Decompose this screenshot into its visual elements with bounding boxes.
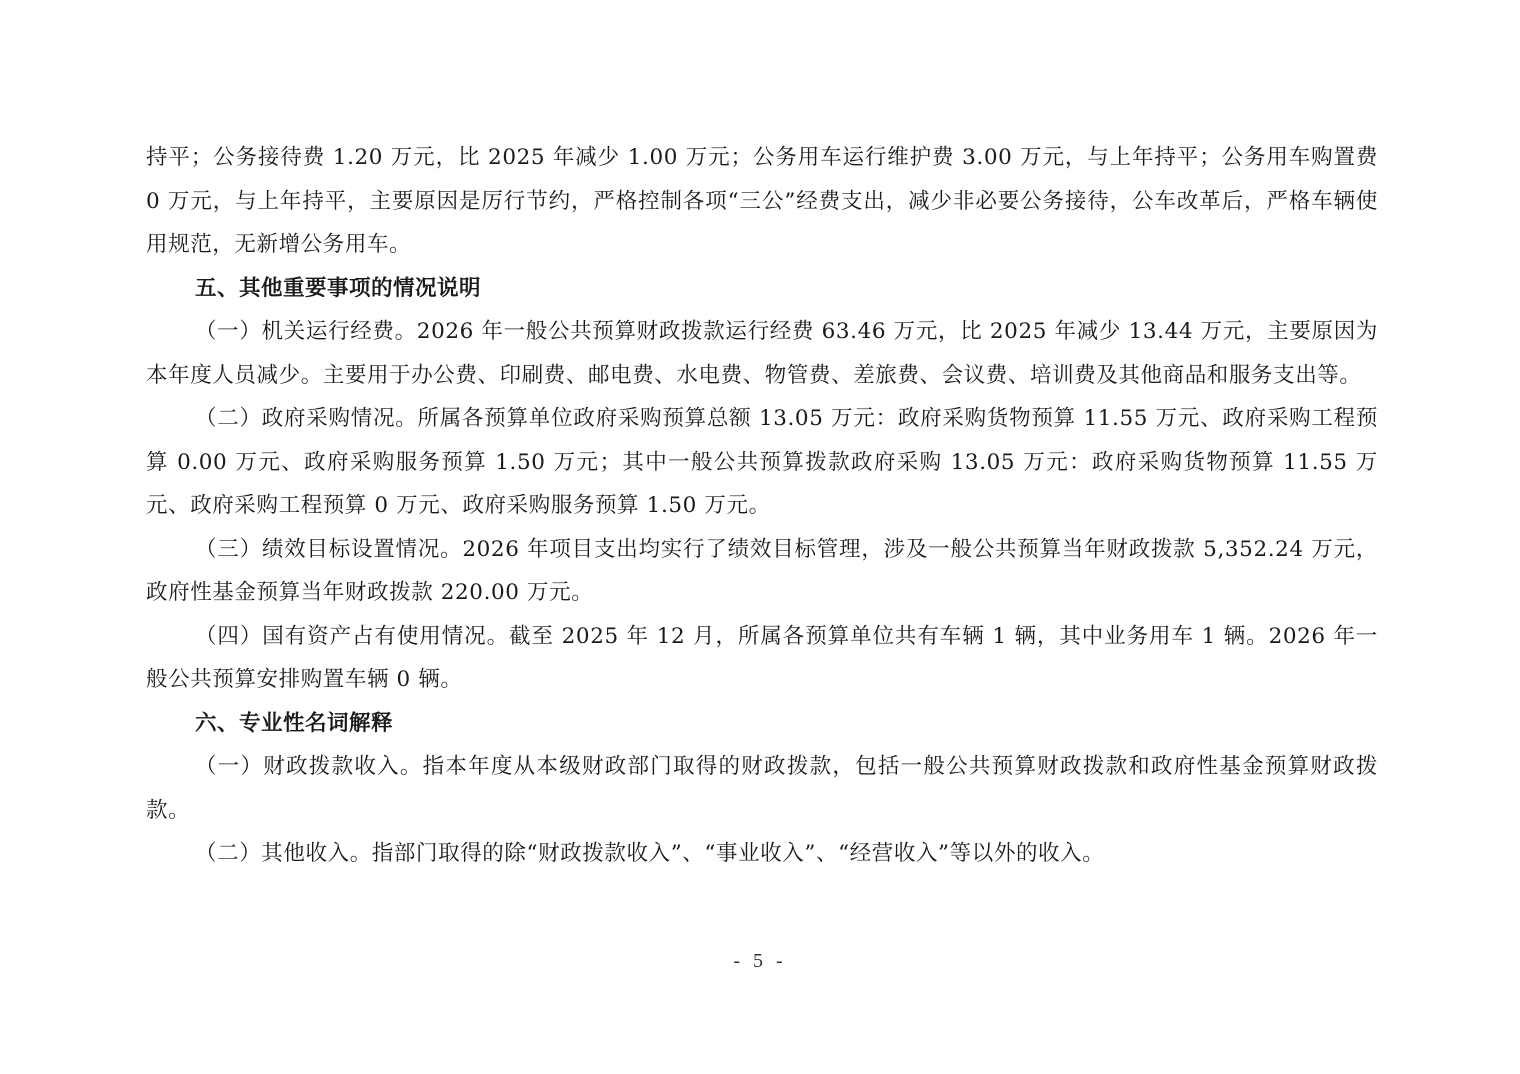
- section-heading-terminology: 六、专业性名词解释: [146, 702, 1378, 746]
- document-page: 持平；公务接待费 1.20 万元，比 2025 年减少 1.00 万元；公务用车…: [146, 136, 1378, 876]
- paragraph-government-procurement: （二）政府采购情况。所属各预算单位政府采购预算总额 13.05 万元：政府采购货…: [146, 397, 1378, 528]
- paragraph-other-income: （二）其他收入。指部门取得的除“财政拨款收入”、“事业收入”、“经营收入”等以外…: [146, 832, 1378, 876]
- page-number: - 5 -: [0, 950, 1520, 973]
- paragraph-fiscal-appropriation-income: （一）财政拨款收入。指本年度从本级财政部门取得的财政拨款，包括一般公共预算财政拨…: [146, 745, 1378, 832]
- paragraph-performance-targets: （三）绩效目标设置情况。2026 年项目支出均实行了绩效目标管理，涉及一般公共预…: [146, 528, 1378, 615]
- section-heading-other-matters: 五、其他重要事项的情况说明: [146, 267, 1378, 311]
- paragraph-sangong-continuation: 持平；公务接待费 1.20 万元，比 2025 年减少 1.00 万元；公务用车…: [146, 136, 1378, 267]
- paragraph-operating-expenses: （一）机关运行经费。2026 年一般公共预算财政拨款运行经费 63.46 万元，…: [146, 310, 1378, 397]
- paragraph-state-assets: （四）国有资产占有使用情况。截至 2025 年 12 月，所属各预算单位共有车辆…: [146, 615, 1378, 702]
